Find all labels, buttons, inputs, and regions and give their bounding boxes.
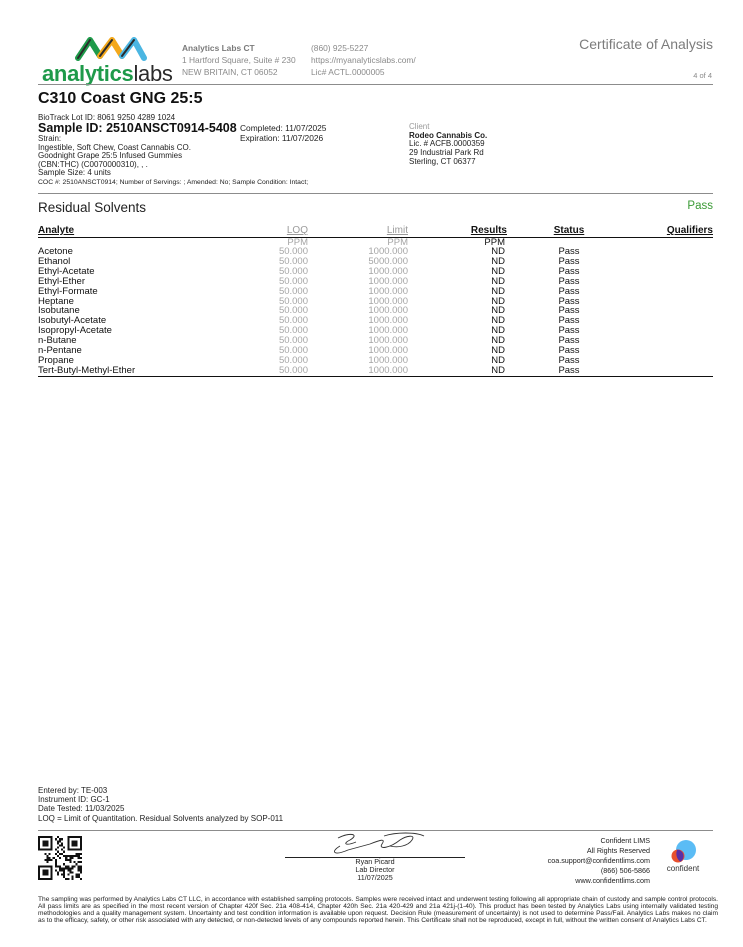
coc-info: COC #: 2510ANSCT0914; Number of Servings…: [38, 179, 308, 186]
document-title: Certificate of Analysis: [579, 36, 713, 52]
date-tested: Date Tested: 11/03/2025: [38, 804, 283, 813]
lab-info: Analytics Labs CT 1 Hartford Square, Sui…: [182, 42, 296, 78]
cell-qualifiers: [629, 356, 713, 366]
signed-date: 11/07/2025: [285, 874, 465, 882]
lab-website[interactable]: https://myanalyticslabs.com/: [311, 54, 416, 66]
lab-address-1: 1 Hartford Square, Suite # 230: [182, 54, 296, 66]
section-divider: [38, 193, 713, 194]
residual-solvents-table: Analyte LOQ Limit Results Status Qualifi…: [38, 225, 713, 377]
cell-qualifiers: [629, 326, 713, 336]
confident-logo: confident: [660, 838, 706, 878]
table-header-row: Analyte LOQ Limit Results Status Qualifi…: [38, 225, 713, 238]
client-info: Client Rodeo Cannabis Co. Lic. # ACFB.00…: [409, 123, 487, 167]
cell-status: Pass: [509, 366, 629, 376]
analytics-labs-logo: analyticslabs: [42, 32, 172, 86]
lab-contact: (860) 925-5227 https://myanalyticslabs.c…: [311, 42, 416, 78]
header-divider: [38, 84, 713, 85]
lab-phone: (860) 925-5227: [311, 42, 416, 54]
section-title: Residual Solvents: [38, 200, 146, 215]
sample-size: Sample Size: 4 units: [38, 169, 191, 178]
disclaimer: The sampling was performed by Analytics …: [38, 897, 718, 925]
confident-wordmark: confident: [660, 864, 706, 873]
client-address-2: Sterling, CT 06377: [409, 158, 487, 167]
confident-circles-icon: [660, 838, 706, 864]
col-analyte: Analyte: [38, 225, 238, 238]
cell-limit: 1000.000: [308, 366, 408, 376]
lab-name: Analytics Labs CT: [182, 42, 296, 54]
cell-analyte: Tert-Butyl-Methyl-Ether: [38, 366, 238, 376]
signer-block: Ryan Picard Lab Director 11/07/2025: [285, 858, 465, 882]
col-loq: LOQ: [238, 225, 308, 238]
lab-address-2: NEW BRITAIN, CT 06052: [182, 66, 296, 78]
lims-website[interactable]: www.confidentlims.com: [520, 876, 650, 886]
lims-phone: (866) 506-5866: [520, 866, 650, 876]
signature-icon: [320, 830, 430, 856]
sample-details: Strain: Ingestible, Soft Chew, Coast Can…: [38, 135, 191, 178]
col-qualifiers: Qualifiers: [629, 225, 713, 238]
cell-qualifiers: [629, 297, 713, 307]
cell-qualifiers: [629, 316, 713, 326]
cell-loq: 50.000: [238, 366, 308, 376]
cell-qualifiers: [629, 287, 713, 297]
product-name: C310 Coast GNG 25:5: [38, 90, 203, 108]
entered-by: Entered by: TE-003: [38, 786, 283, 795]
cell-qualifiers: [629, 247, 713, 257]
qr-code-icon[interactable]: [38, 834, 82, 882]
peaks-logo-icon: [42, 32, 172, 62]
cell-qualifiers: [629, 306, 713, 316]
cell-qualifiers: [629, 277, 713, 287]
lab-license: Lic# ACTL.0000005: [311, 66, 416, 78]
expiration-date: Expiration: 11/07/2026: [240, 133, 326, 143]
test-notes: Entered by: TE-003 Instrument ID: GC-1 D…: [38, 786, 283, 823]
col-status: Status: [509, 225, 629, 238]
cell-qualifiers: [629, 257, 713, 267]
cell-result: ND: [408, 366, 509, 376]
cell-qualifiers: [629, 267, 713, 277]
lims-rights: All Rights Reserved: [520, 846, 650, 856]
instrument-id: Instrument ID: GC-1: [38, 795, 283, 804]
completed-date: Completed: 11/07/2025: [240, 123, 326, 133]
page-number: 4 of 4: [693, 71, 712, 80]
lims-email[interactable]: coa.support@confidentlims.com: [520, 856, 650, 866]
lims-name: Confident LIMS: [520, 836, 650, 846]
cell-qualifiers: [629, 366, 713, 376]
col-results: Results: [408, 225, 509, 238]
table-row: Tert-Butyl-Methyl-Ether50.0001000.000NDP…: [38, 366, 713, 376]
cell-qualifiers: [629, 346, 713, 356]
cell-qualifiers: [629, 336, 713, 346]
col-limit: Limit: [308, 225, 408, 238]
sample-id: Sample ID: 2510ANSCT0914-5408: [38, 121, 237, 135]
section-status-badge: Pass: [687, 200, 713, 212]
lims-info: Confident LIMS All Rights Reserved coa.s…: [520, 836, 650, 886]
sample-dates: Completed: 11/07/2025 Expiration: 11/07/…: [240, 123, 326, 143]
loq-note: LOQ = Limit of Quantitation. Residual So…: [38, 814, 283, 823]
